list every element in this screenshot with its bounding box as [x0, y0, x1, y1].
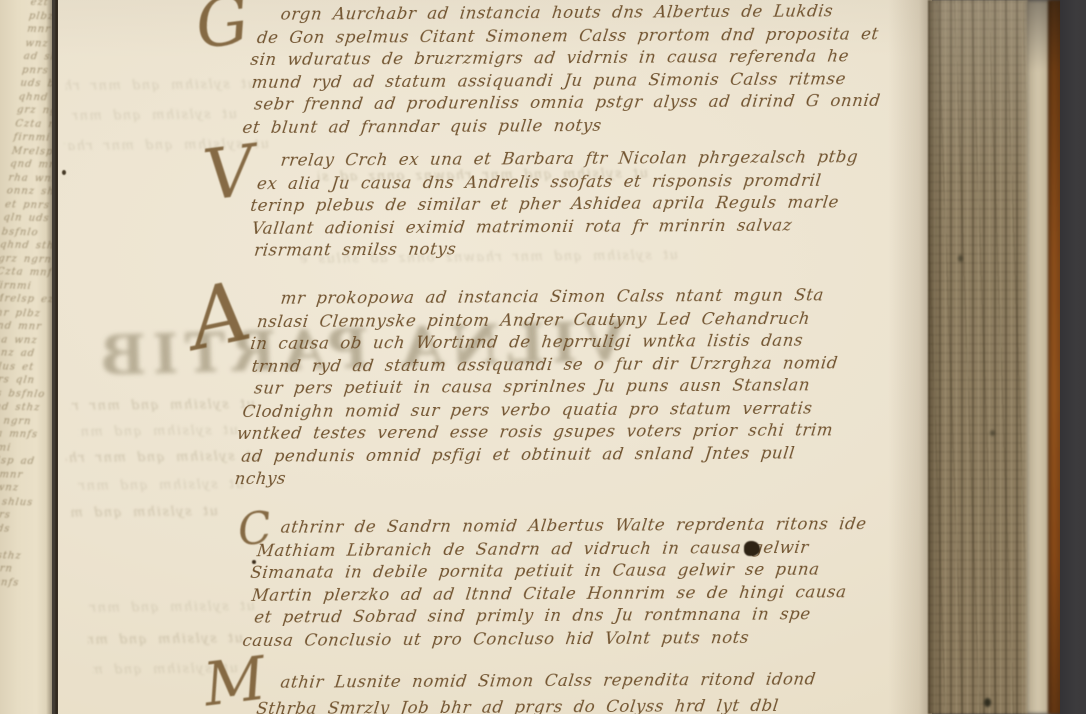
bleedthrough-line: ut sylsihm qnd mnr rhawnz onnz ad shlus … [80, 599, 255, 617]
bleedthrough-line: ut sylsihm qnd mnr rhawnz onnz ad shlus … [88, 631, 243, 649]
text-line: Sthrba Smrzly Job bhr ad prgrs do Colyss… [255, 692, 928, 714]
bleedthrough-line: ut sylsihm qnd mnr rhawnz onnz ad shlus … [72, 107, 237, 125]
edge-speck [958, 255, 963, 262]
ink-speck [62, 170, 66, 175]
bleedthrough-line: ut sylsihm qnd mnr rhawnz onnz ad shlus … [78, 423, 238, 441]
text-line: sebr frennd ad produrenliss omnia pstgr … [253, 90, 920, 117]
edge-speck [984, 698, 991, 707]
text-line: athrinr de Sandrn nomid Albertus Walte r… [279, 513, 930, 539]
text-line: Martin plerzko ad ad ltnnd Citale Honnri… [251, 580, 923, 607]
fore-edge-page-stack [928, 0, 1028, 714]
manuscript-paragraph: mr prokopowa ad instancia Simon Calss nt… [230, 284, 930, 491]
text-line: trnnd ryd ad statum assiquandi se o fur … [251, 351, 923, 378]
manuscript-paragraph: athir Lusnite nomid Simon Calss rependit… [248, 666, 931, 714]
facing-page-sliver: ezt fhr plbz qnd mnr rha wnz onnz ad shl… [0, 0, 52, 714]
manuscript-paragraph: athrinr de Sandrn nomid Albertus Walte r… [238, 513, 930, 652]
bleedthrough-line: ut sylsihm qnd mnr rhawnz onnz ad shlus … [68, 504, 218, 522]
bleedthrough-line: ut sylsihm qnd mnr rhawnz onnz ad shlus … [66, 77, 256, 95]
bleedthrough-line: ut sylsihm qnd mnr rhawnz onnz ad shlus … [66, 449, 261, 467]
facing-page-handwriting: ezt fhr plbz qnd mnr rha wnz onnz ad shl… [0, 0, 52, 590]
photo-background [1060, 0, 1086, 714]
manuscript-paragraph: orgn Aurchabr ad instancia houts dns Alb… [238, 0, 930, 139]
ink-blot [744, 541, 760, 556]
text-line: nchys [233, 464, 909, 491]
edge-speck [990, 430, 995, 436]
text-line: wntked testes verend esse rosis gsupes v… [236, 419, 915, 446]
text-line: et blunt ad franndar quis pulle notys [241, 112, 917, 139]
manuscript-paragraph: rrelay Crch ex una et Barbara ftr Nicola… [241, 146, 931, 263]
manuscript-photo: ezt fhr plbz qnd mnr rha wnz onnz ad shl… [0, 0, 1086, 714]
paragraph-initial: G [192, 0, 252, 59]
board-edge-strip [1026, 0, 1050, 714]
bleedthrough-line: ut sylsihm qnd mnr rhawnz onnz ad shlus … [74, 477, 244, 495]
text-line: causa Conclusio ut pro Concluso hid Voln… [241, 625, 917, 652]
manuscript-page: ut sylsihm qnd mnr rhawnz onnz ad shlus … [58, 0, 932, 714]
text-line: rrelay Crch ex una et Barbara ftr Nicola… [279, 146, 930, 172]
ink-speck [252, 560, 256, 564]
text-line: terinp plebus de similar et pher Ashidea… [249, 191, 925, 218]
text-line: risrmant smilss notys [253, 236, 920, 263]
text-line: athir Lusnite nomid Simon Calss rependit… [279, 666, 931, 696]
